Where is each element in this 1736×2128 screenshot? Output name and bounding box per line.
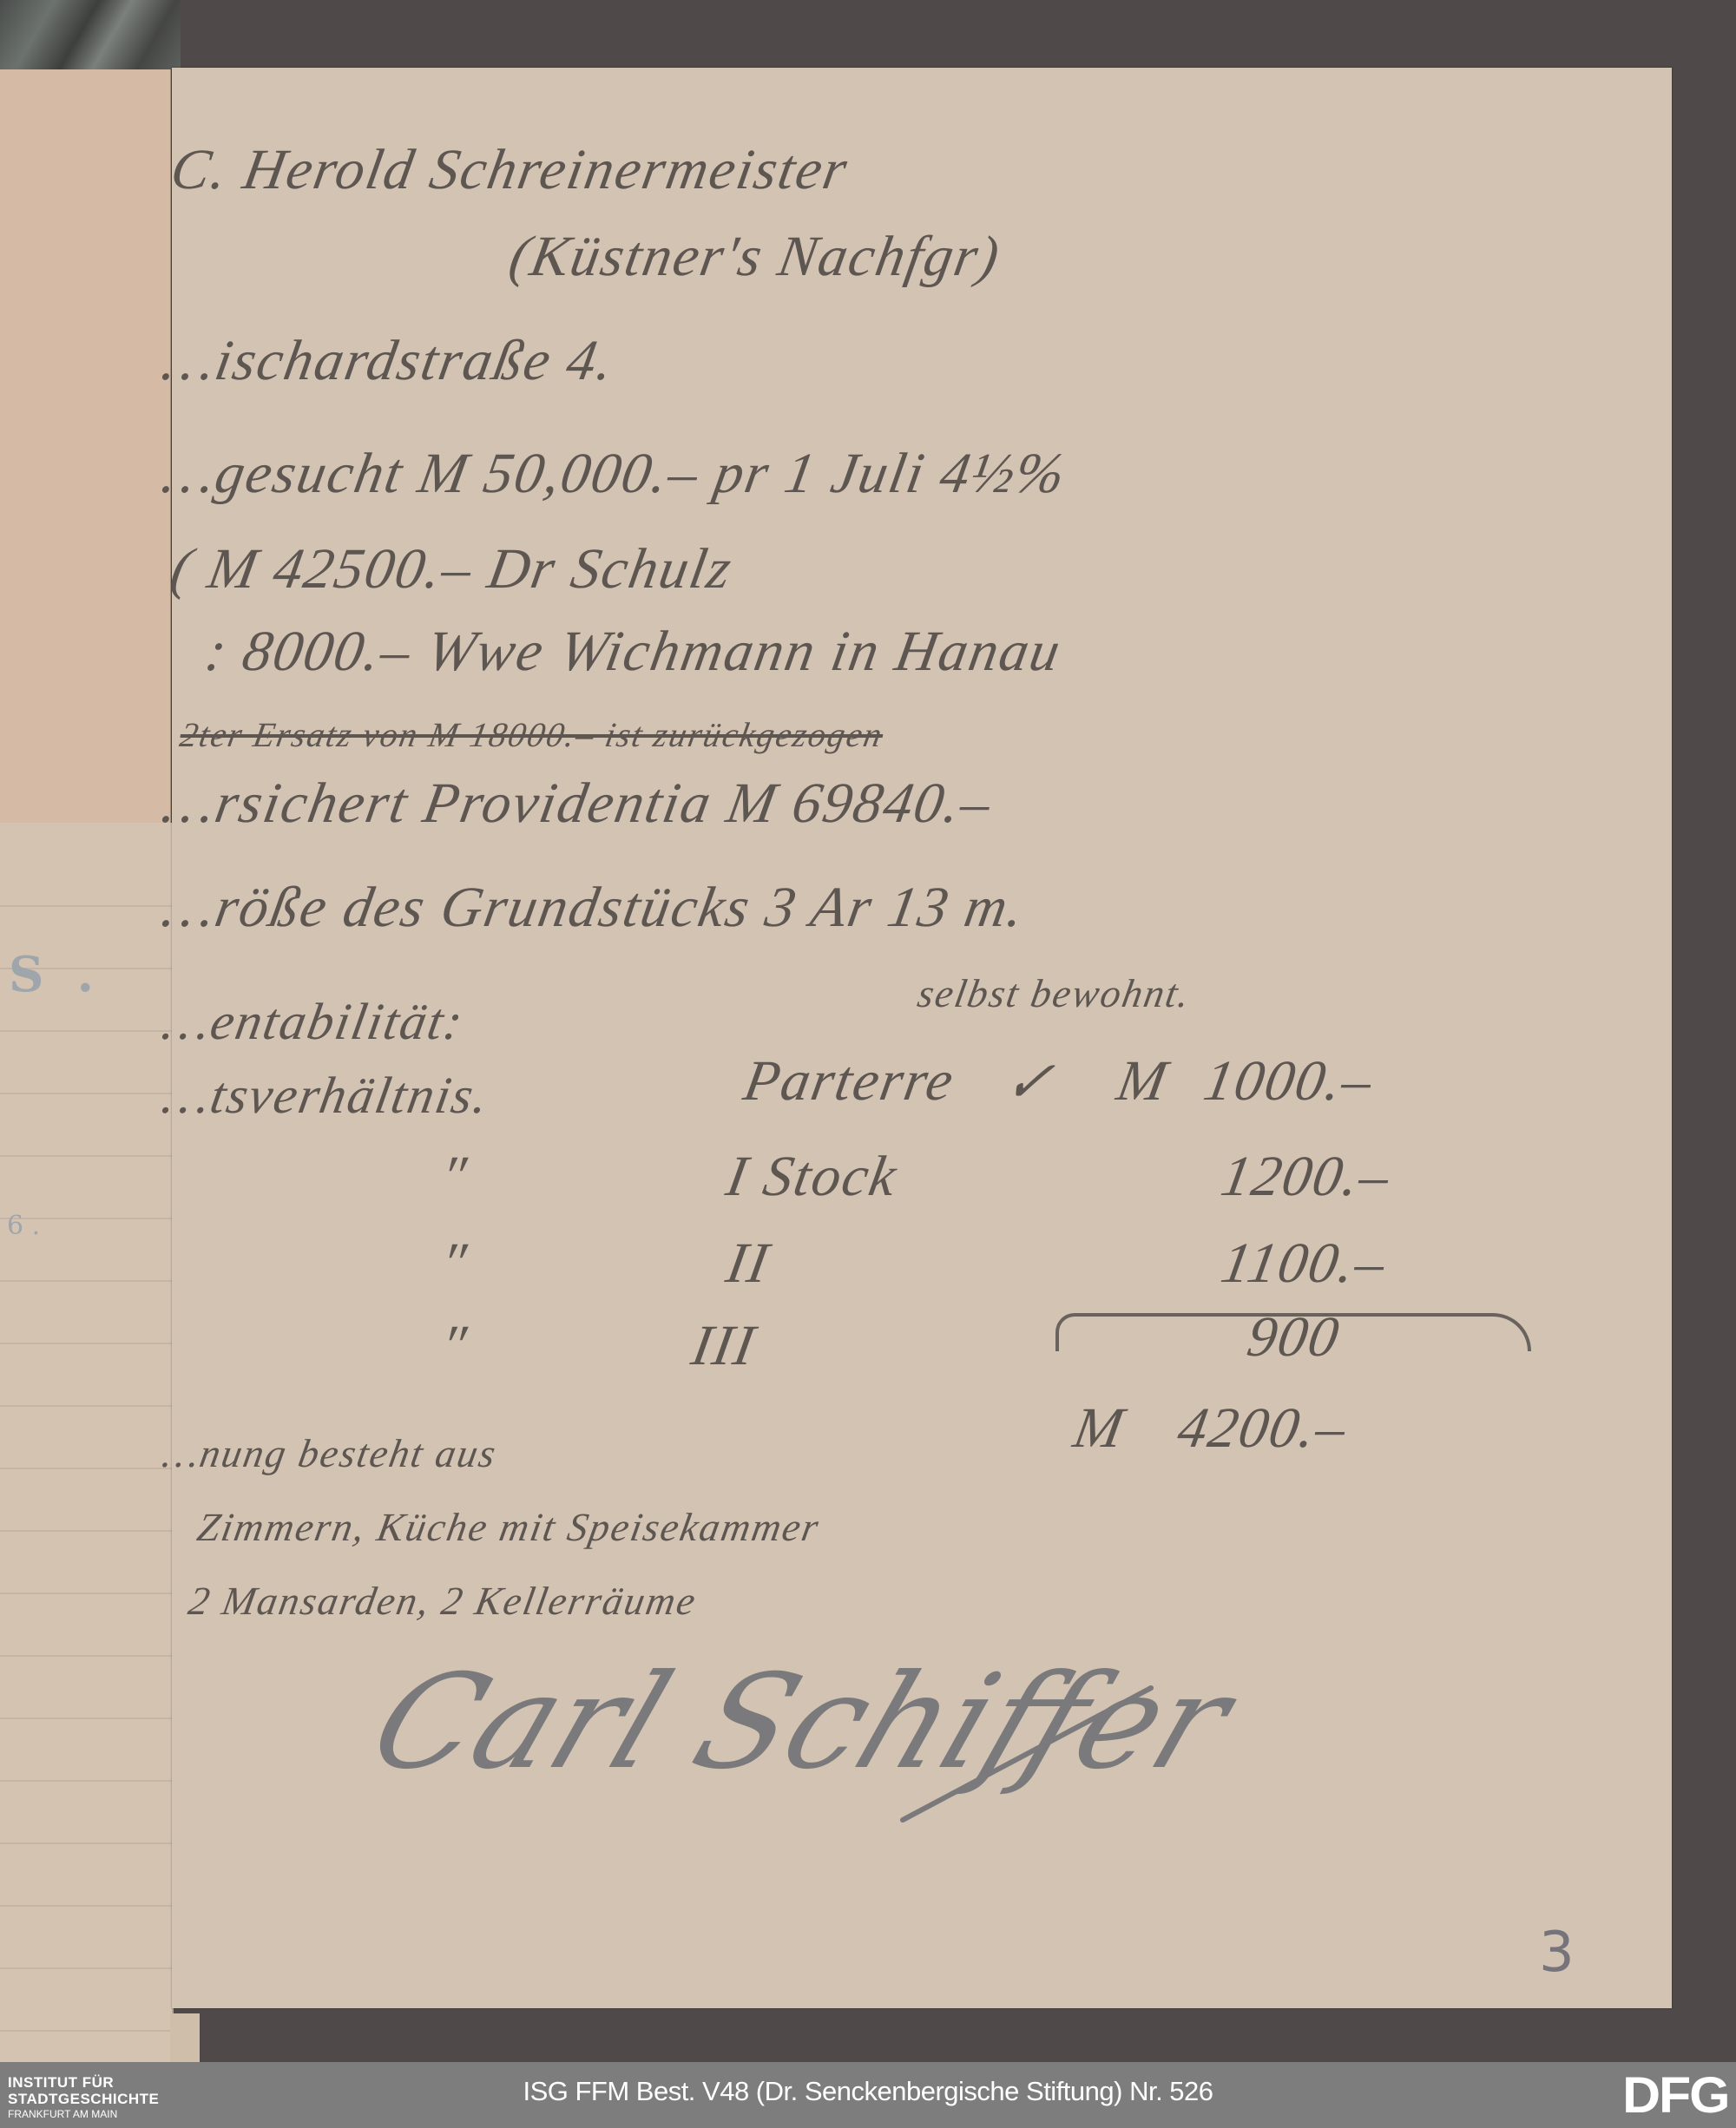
sum-bracket [1055,1313,1531,1351]
line-name: C. Herold Schreinermeister [166,137,853,203]
dfg-logo: DFG [1622,2071,1728,2121]
line-mortgage-2: : 8000.– Wwe Wichmann in Hanau [201,619,1066,685]
rent-ditto-mark: " [435,1231,472,1297]
underlying-ruled-sheet [0,823,174,2062]
rent-row-currency: M [1112,1048,1173,1114]
underlying-sheet-upper [0,69,171,833]
line-plot-size: …röße des Grundstücks 3 Ar 13 m. [157,875,1030,941]
rent-row-floor: I Stock [721,1144,903,1210]
letter-sheet: C. Herold Schreinermeister (Küstner's Na… [172,68,1672,2008]
rent-row-amount: 1200.– [1216,1144,1396,1210]
line-address: …ischardstraße 4. [157,328,620,394]
rent-heading: …entabilität: [158,992,469,1052]
rent-row-floor: III [687,1313,760,1379]
rent-column-header: selbst bewohnt. [914,970,1194,1016]
rent-row-floor: II [721,1231,774,1297]
backing-photo-fragment [0,0,181,69]
rent-subheading: …tsverhältnis. [158,1066,494,1126]
underlying-sheet-note: 6 . [7,1211,40,1241]
archive-footer-bar: INSTITUT FÜR STADTGESCHICHTE FRANKFURT A… [0,2062,1736,2128]
line-closing-1: …nung besteht aus [159,1430,500,1476]
rent-row-mark: ✓ [999,1048,1061,1116]
rent-row-amount: 1000.– [1199,1048,1378,1114]
line-closing-2: Zimmern, Küche mit Speisekammer [194,1504,823,1550]
sheet-edge [170,2013,200,2062]
rent-total-amount: 4200.– [1173,1396,1352,1461]
signature: Carl Schiffer [352,1647,1249,1798]
line-struck-note: 2ter Ersatz von M 18000.– ist zurückgezo… [177,714,887,755]
archive-signature-caption: ISG FFM Best. V48 (Dr. Senckenbergische … [0,2076,1736,2107]
rent-ditto-mark: " [435,1313,472,1379]
line-mortgage-1: ( M 42500.– Dr Schulz [166,536,738,602]
rent-ditto-mark: " [435,1144,472,1210]
line-insurance: …rsichert Providentia M 69840.– [157,771,997,837]
rent-row-amount: 1100.– [1216,1231,1391,1297]
line-closing-3: 2 Mansarden, 2 Kellerräume [185,1578,700,1624]
line-loan-request: …gesucht M 50,000.– pr 1 Juli 4½% [157,441,1071,507]
institute-logo-line3: FRANKFURT AM MAIN [8,2109,159,2119]
rent-total-currency: M [1069,1396,1129,1461]
page-number: 3 [1539,1921,1575,1985]
rent-row-floor: Parterre [739,1048,959,1114]
line-successor: (Küstner's Nachfgr) [504,224,1005,290]
